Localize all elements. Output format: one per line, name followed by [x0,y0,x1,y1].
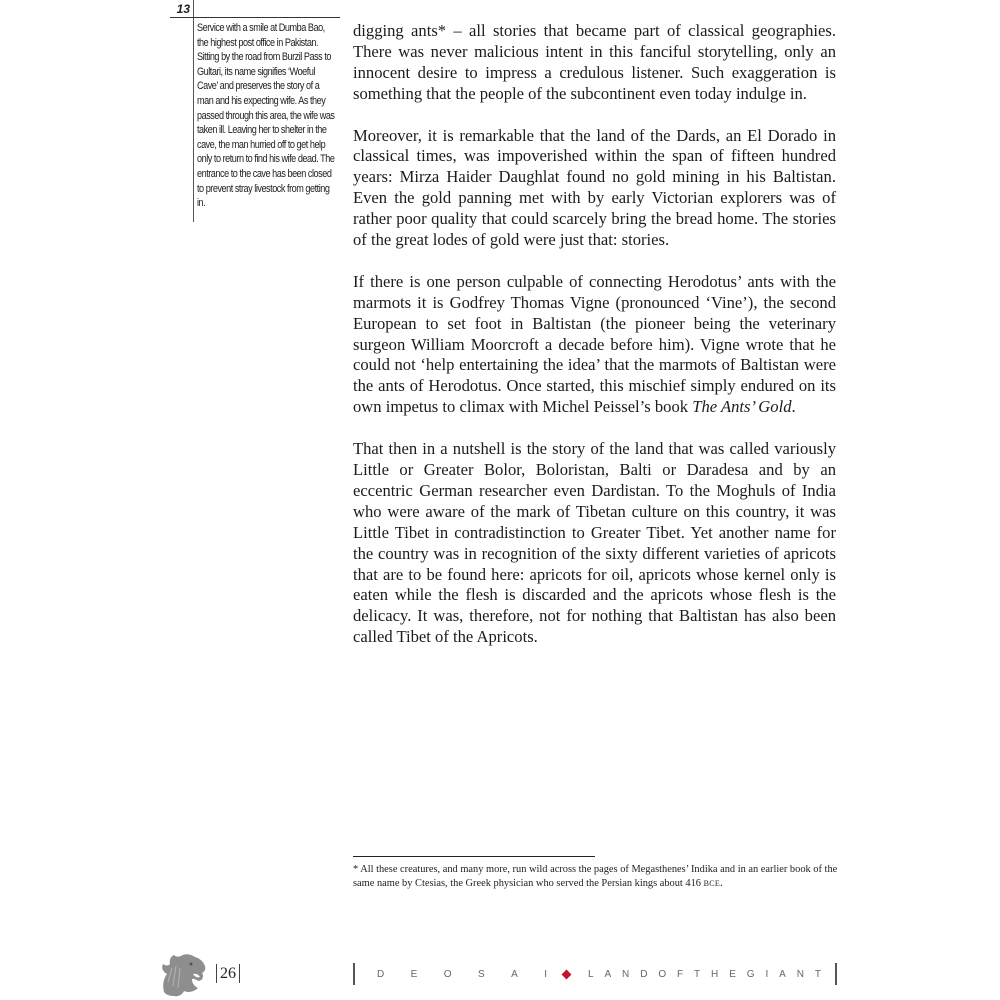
running-head-title: D E O S A I [377,969,547,980]
letter: A [604,969,611,980]
letter: E [729,969,736,980]
letter: I [765,969,768,980]
era-abbrev: bce [704,879,720,888]
letter: H [711,969,718,980]
letter: G [747,969,755,980]
letter: E [411,969,418,980]
letter: O [444,969,452,980]
bear-head-icon [158,948,208,998]
paragraph-text: If there is one person culpable of conne… [353,272,836,416]
letter: D [640,969,647,980]
letter: L [588,969,594,980]
letter: S [478,969,485,980]
running-head-subtitle: L A N D O F T H E G I A N T [588,969,821,980]
footnote: * All these creatures, and many more, ru… [353,863,841,891]
page-number: 26 [216,964,240,983]
book-title: The Ants’ Gold [692,397,791,416]
footnote-rule [353,856,595,857]
running-head: D E O S A I L A N D O F T H E G I A N T [353,963,837,985]
letter: N [622,969,629,980]
letter: D [377,969,384,980]
letter: A [779,969,786,980]
sidebar-vertical-rule [193,0,194,222]
letter: F [677,969,683,980]
paragraph: If there is one person culpable of conne… [353,272,836,418]
paragraph: digging ants* – all stories that became … [353,21,836,105]
letter: N [797,969,804,980]
paragraph: That then in a nutshell is the story of … [353,439,836,648]
punctuation: . [720,878,723,889]
punctuation: . [792,397,796,416]
letter: A [511,969,518,980]
diamond-separator-icon [562,969,572,979]
sidebar-marker-number: 13 [172,2,190,16]
footnote-text: * All these creatures, and many more, ru… [353,864,837,889]
photo-caption: Service with a smile at Dumba Bao, the h… [197,21,337,211]
letter: I [544,969,547,980]
letter: T [815,969,821,980]
letter: T [694,969,700,980]
letter: O [658,969,666,980]
main-text-column: digging ants* – all stories that became … [353,21,836,669]
sidebar-horizontal-rule [170,17,340,18]
paragraph: Moreover, it is remarkable that the land… [353,126,836,251]
